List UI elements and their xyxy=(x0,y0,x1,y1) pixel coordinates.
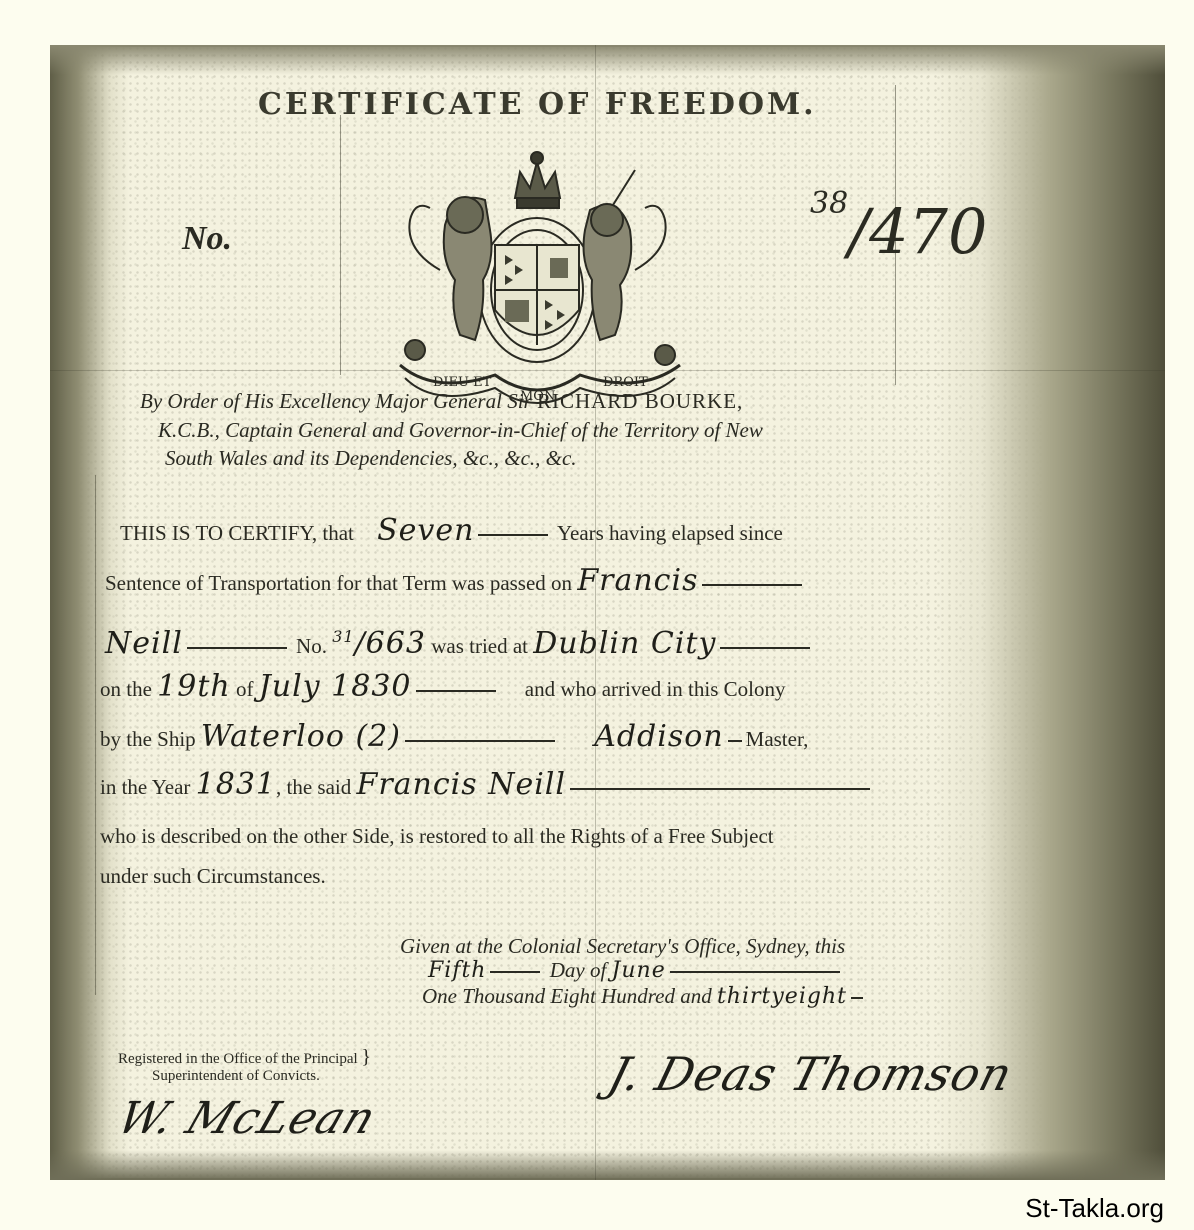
document-title: CERTIFICATE OF FREEDOM. xyxy=(258,87,817,122)
preamble-line-3: South Wales and its Dependencies, &c., &… xyxy=(165,445,577,472)
certificate-number-value: /470 xyxy=(848,195,987,268)
trial-day: 19th xyxy=(157,669,231,704)
certificate-number: 38/470 xyxy=(810,195,987,268)
fold-line xyxy=(95,475,96,995)
royal-coat-of-arms-icon: DIEU ET MON DROIT xyxy=(345,150,730,405)
trial-month-year: July 1830 xyxy=(259,669,412,704)
term-years: Seven xyxy=(377,513,474,548)
registered-line-2: Superintendent of Convicts. xyxy=(152,1067,320,1086)
convict-last-name: Neill xyxy=(105,626,183,661)
watermark: St-Takla.org xyxy=(1025,1193,1164,1224)
body-line-4: on the 19th of July 1830 and who arrived… xyxy=(100,673,785,703)
body-line-7: who is described on the other Side, is r… xyxy=(100,823,774,850)
given-day: Fifth xyxy=(428,958,486,983)
preamble-line-2: K.C.B., Captain General and Governor-in-… xyxy=(158,417,763,444)
fold-line xyxy=(340,115,341,375)
given-line-3: One Thousand Eight Hundred and thirtyeig… xyxy=(422,983,867,1010)
convict-first-name: Francis xyxy=(577,563,698,598)
body-line-5: by the Ship Waterloo (2) AddisonMaster, xyxy=(100,723,808,753)
given-month: June xyxy=(612,958,666,983)
arrival-year: 1831 xyxy=(196,767,276,802)
given-line-2: Fifth Day of June xyxy=(428,957,844,984)
governor-name: RICHARD BOURKE, xyxy=(537,389,743,413)
signature-colonial-secretary: J. Deas Thomson xyxy=(603,1047,1019,1101)
certificate-number-prefix: 38 xyxy=(810,186,848,221)
trial-location: Dublin City xyxy=(533,626,716,661)
certificate-document: CERTIFICATE OF FREEDOM. No. 38/470 xyxy=(50,45,1165,1180)
body-line-8: under such Circumstances. xyxy=(100,863,326,890)
ship-name: Waterloo (2) xyxy=(201,719,401,754)
preamble-line-1: By Order of His Excellency Major General… xyxy=(140,388,743,415)
ship-master: Addison xyxy=(594,719,723,754)
body-line-3: Neill No. 31/663 was tried at Dublin Cit… xyxy=(105,623,814,660)
body-line-1: THIS IS TO CERTIFY, that Seven Years hav… xyxy=(120,517,783,547)
given-line-1: Given at the Colonial Secretary's Office… xyxy=(400,933,845,960)
convict-full-name: Francis Neill xyxy=(357,767,566,802)
body-line-2: Sentence of Transportation for that Term… xyxy=(105,567,806,597)
number-label: No. xyxy=(182,220,232,258)
registered-line-1: Registered in the Office of the Principa… xyxy=(118,1048,371,1069)
body-line-6: in the Year 1831, the said Francis Neill xyxy=(100,771,874,801)
convict-number: 31/663 xyxy=(332,626,426,661)
signature-superintendent: W. McLean xyxy=(111,1093,384,1144)
given-year: thirtyeight xyxy=(717,984,847,1009)
